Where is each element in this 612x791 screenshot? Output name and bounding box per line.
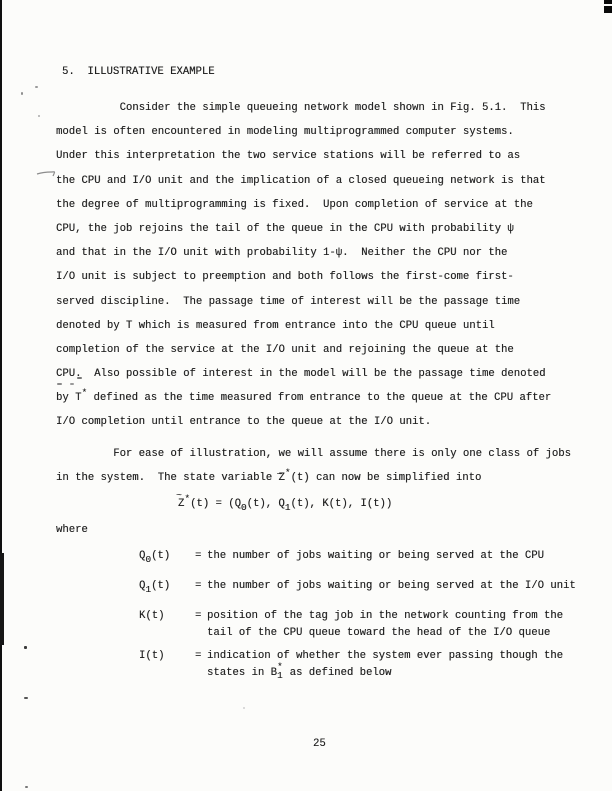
paragraph-state-variable: For ease of illustration, we will assume…	[56, 442, 571, 490]
text-line: the number of jobs waiting or being serv…	[207, 548, 607, 565]
text-line: the CPU and I/O unit and the implication…	[56, 169, 551, 193]
definition-text: the number of jobs waiting or being serv…	[207, 548, 607, 565]
equals-sign: =	[195, 608, 201, 625]
page-number: 25	[313, 737, 326, 751]
scan-corner-mark	[604, 0, 612, 13]
text-line: CPU, the job rejoins the tail of the que…	[56, 217, 551, 241]
text-line: by T* defined as the time measured from …	[56, 386, 551, 410]
equals-sign: =	[195, 548, 201, 565]
text-line: in the system. The state variable Z~*(t)…	[56, 466, 571, 490]
scan-edge-smudge	[0, 553, 4, 645]
text-line: CPU. Also possible of interest in the mo…	[56, 362, 551, 386]
definition-term: Q0(t)	[139, 548, 170, 565]
text-line: tail of the CPU queue toward the head of…	[207, 625, 607, 642]
text-line: I/O unit is subject to preemption and bo…	[56, 265, 551, 289]
state-equation: Z~*(t) = (Q0(t), Q1(t), K(t), I(t))	[178, 497, 392, 511]
text-line: Under this interpretation the two servic…	[56, 144, 551, 168]
definition-text: indication of whether the system ever pa…	[207, 648, 607, 681]
text-line: states in B*1 as defined below	[207, 665, 607, 682]
text-line: position of the tag job in the network c…	[207, 608, 607, 625]
equals-sign: =	[195, 648, 201, 665]
scan-speck	[38, 115, 40, 117]
text-line: the number of jobs waiting or being serv…	[207, 578, 607, 595]
text-line: denoted by T which is measured from entr…	[56, 314, 551, 338]
text-line: completion of the service at the I/O uni…	[56, 338, 551, 362]
text-line: indication of whether the system ever pa…	[207, 648, 607, 665]
text-line: served discipline. The passage time of i…	[56, 290, 551, 314]
definition-term: I(t)	[139, 648, 164, 665]
scan-speck	[243, 707, 245, 709]
scan-edge-line	[0, 0, 2, 791]
scan-speck	[35, 86, 38, 88]
scan-speck	[25, 786, 28, 788]
scan-speck	[24, 646, 27, 649]
text-line: model is often encountered in modeling m…	[56, 120, 551, 144]
document-page: 5. ILLUSTRATIVE EXAMPLE Consider the sim…	[0, 0, 612, 791]
section-heading: 5. ILLUSTRATIVE EXAMPLE	[62, 66, 215, 79]
text-line: the degree of multiprogramming is fixed.…	[56, 193, 551, 217]
text-line: I/O completion until entrance to the que…	[56, 410, 551, 434]
text-line: and that in the I/O unit with probabilit…	[56, 241, 551, 265]
definition-text: the number of jobs waiting or being serv…	[207, 578, 607, 595]
paragraph-model-description: Consider the simple queueing network mod…	[56, 96, 551, 435]
scan-speck	[24, 697, 28, 699]
text-line: Consider the simple queueing network mod…	[56, 96, 551, 120]
scan-speck	[21, 92, 23, 95]
definition-term: K(t)	[139, 608, 164, 625]
definition-term: Q1(t)	[139, 578, 170, 595]
where-label: where	[56, 524, 88, 537]
equals-sign: =	[195, 578, 201, 595]
definition-text: position of the tag job in the network c…	[207, 608, 607, 641]
text-line: For ease of illustration, we will assume…	[56, 442, 571, 466]
